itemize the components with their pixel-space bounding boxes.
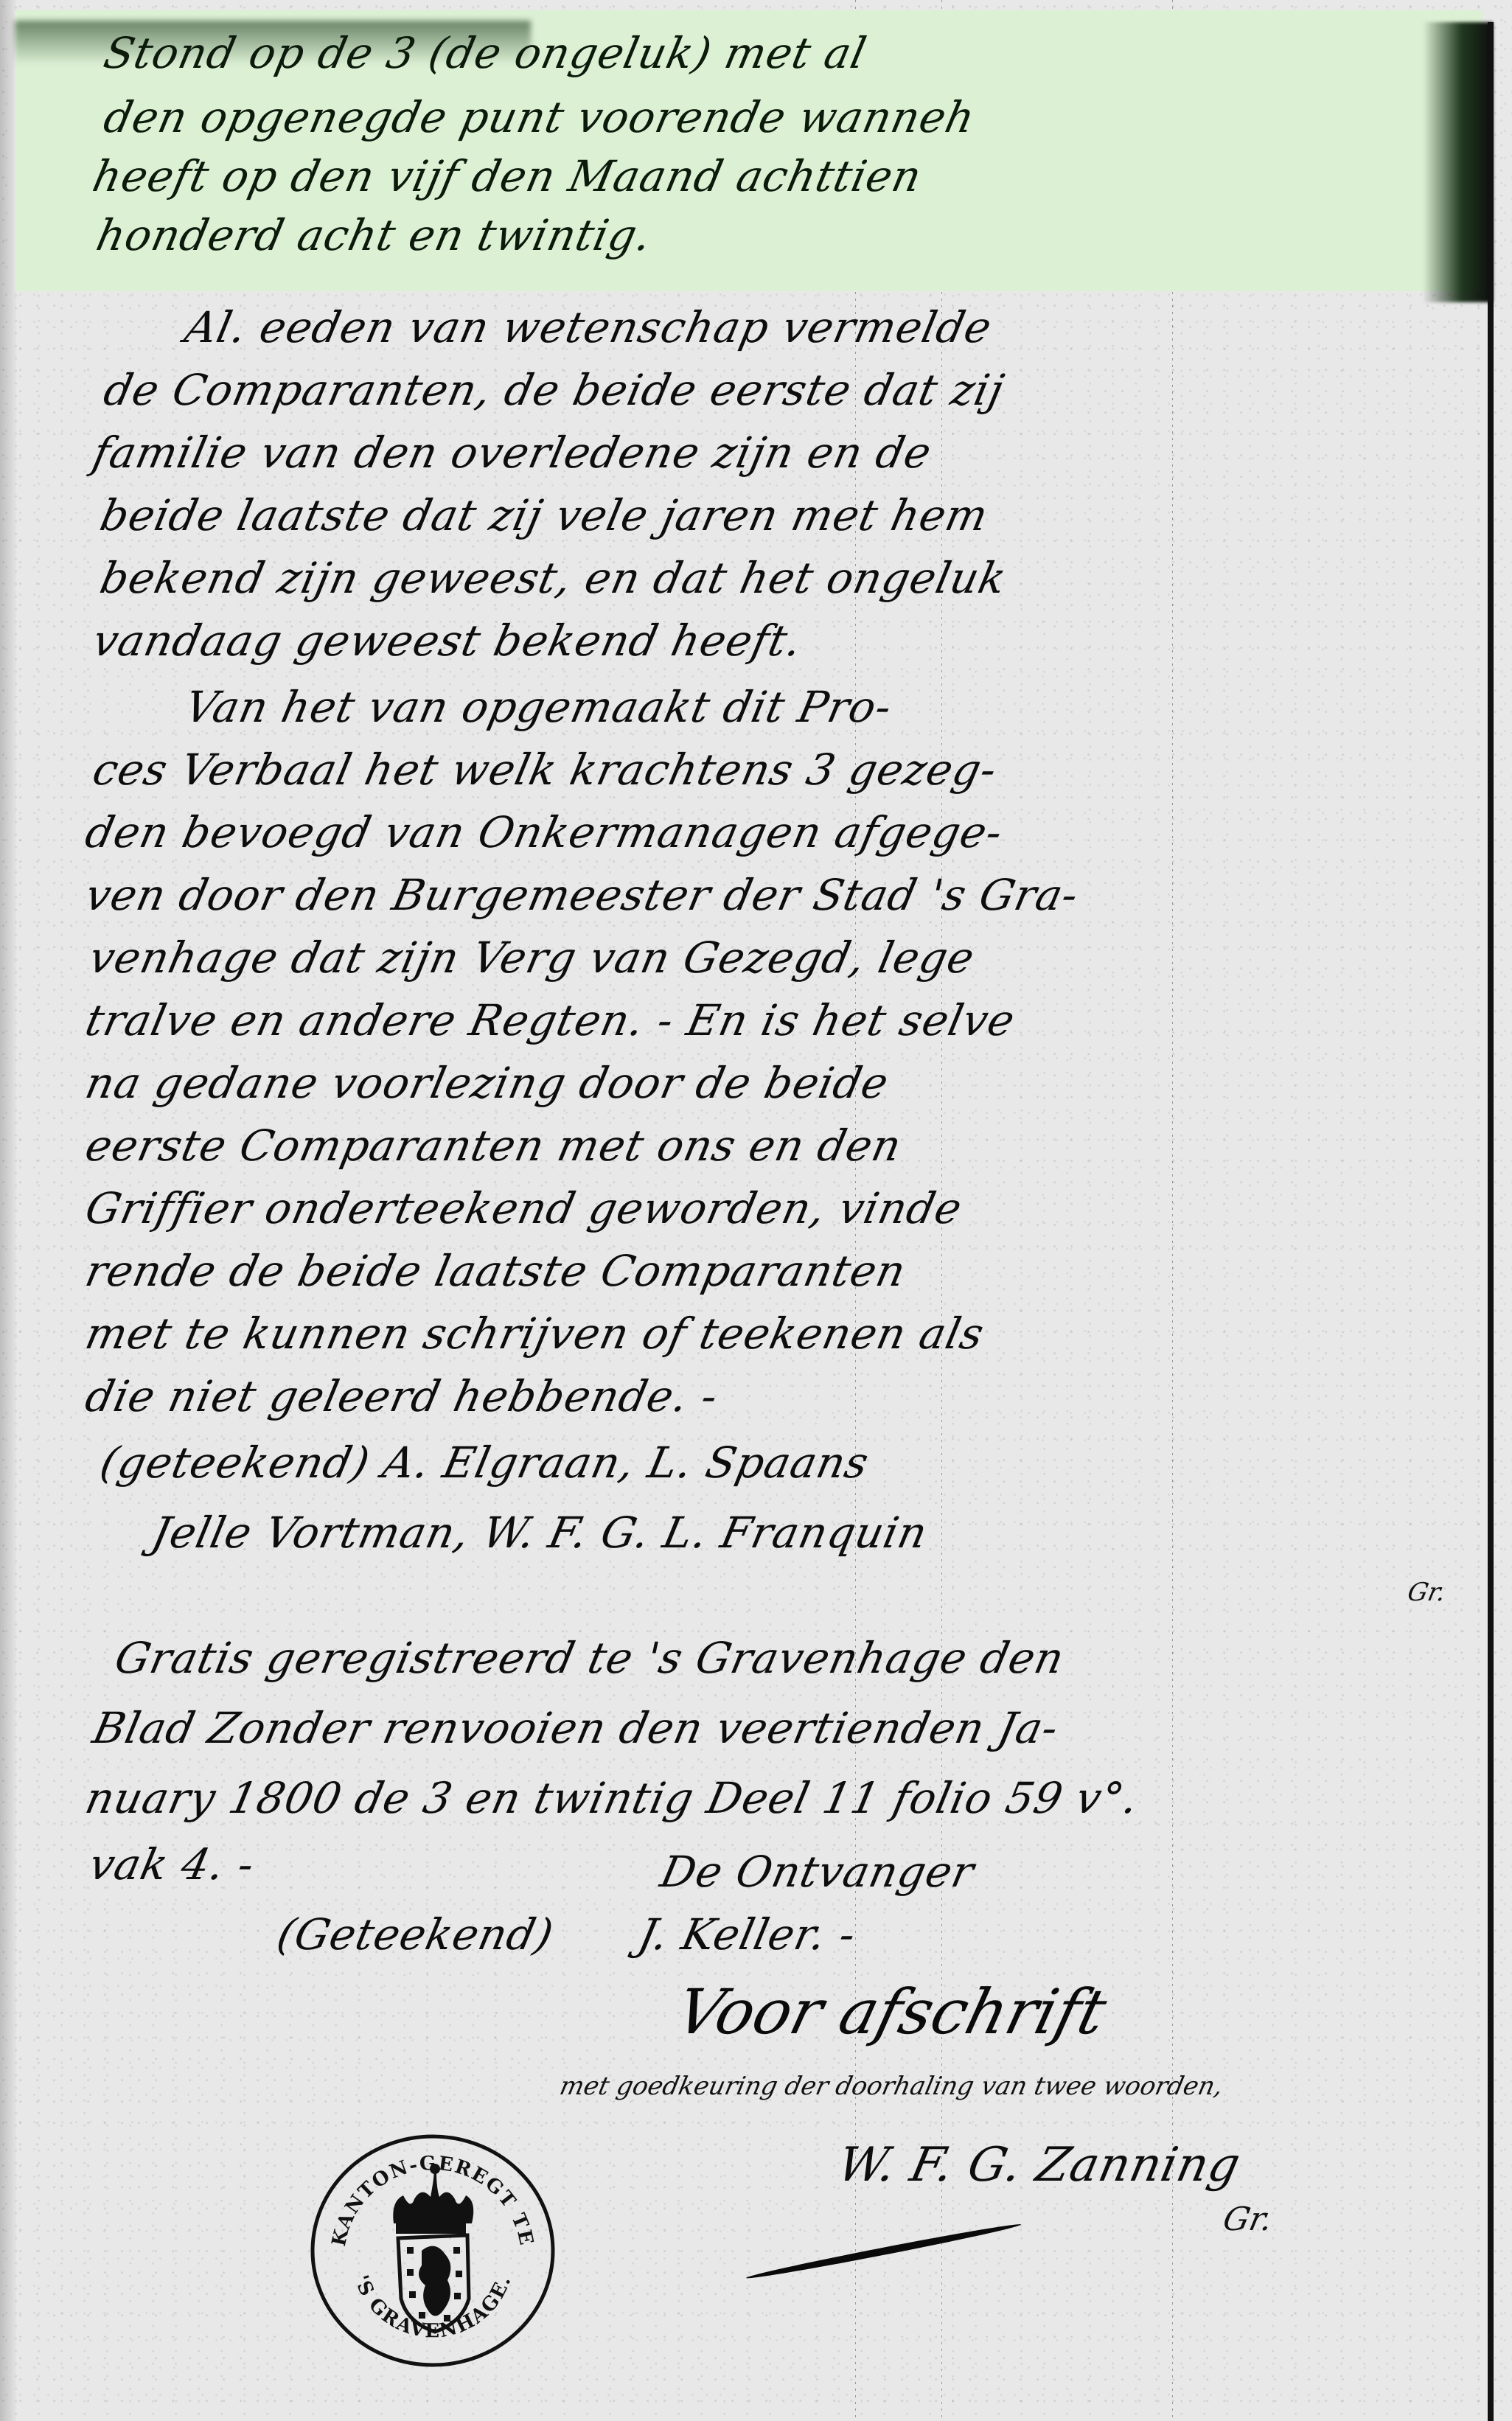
highlight-line-2: den opgenegde punt voorende wanneh bbox=[100, 92, 980, 142]
court-stamp: KANTON-GEREGT TE 'S GRAVENHAGE. bbox=[304, 2129, 562, 2372]
clerk-suffix: Gr. bbox=[1220, 2201, 1276, 2238]
registration-line: Blad Zonder renvooien den veertienden Ja… bbox=[88, 1703, 1063, 1753]
body-line: eerste Comparanten met ons en den bbox=[81, 1121, 906, 1171]
body-line: vandaag geweest bekend heeft. bbox=[88, 616, 806, 666]
receiver-name: J. Keller. - bbox=[634, 1909, 860, 1960]
registration-line: nuary 1800 de 3 en twintig Deel 11 folio… bbox=[81, 1773, 1143, 1823]
page-edge-border bbox=[1488, 22, 1494, 2421]
body-line: na gedane voorlezing door de beide bbox=[81, 1058, 893, 1108]
registration-line: vak 4. - bbox=[85, 1839, 259, 1889]
body-line: ces Verbaal het welk krachtens 3 gezeg- bbox=[88, 745, 1002, 795]
clerk-signature: W. F. G. Zanning bbox=[833, 2138, 1245, 2192]
body-line: die niet geleerd hebbende. - bbox=[81, 1371, 722, 1421]
signatures-suffix: Gr. bbox=[1405, 1578, 1449, 1607]
body-line: venhage dat zijn Verg van Gezegd, lege bbox=[85, 933, 979, 983]
lion-icon bbox=[407, 2246, 462, 2321]
body-line: Van het van opgemaakt dit Pro- bbox=[181, 682, 896, 732]
receiver-label: De Ontvanger bbox=[656, 1847, 979, 1897]
body-line: ven door den Burgemeester der Stad 's Gr… bbox=[81, 870, 1083, 920]
signatures-line-2: Jelle Vortman, W. F. G. L. Franquin bbox=[147, 1508, 932, 1558]
stamp-seal-icon: KANTON-GEREGT TE 'S GRAVENHAGE. bbox=[304, 2129, 562, 2372]
signatures-line-1: (geteekend) A. Elgraan, L. Spaans bbox=[96, 1438, 874, 1488]
registration-line: Gratis geregistreerd te 's Gravenhage de… bbox=[111, 1633, 1069, 1683]
signature-flourish bbox=[745, 2221, 1022, 2282]
body-line: de Comparanten, de beide eerste dat zij bbox=[100, 365, 1008, 415]
body-line: familie van den overledene zijn en de bbox=[88, 428, 936, 478]
fold-line bbox=[1172, 0, 1173, 2421]
certification-title: Voor afschrift bbox=[669, 1976, 1114, 2048]
highlight-line-4: honderd acht en twintig. bbox=[92, 210, 656, 260]
body-line: met te kunnen schrijven of teekenen als bbox=[81, 1309, 989, 1359]
left-edge-shadow bbox=[0, 0, 16, 2421]
highlight-line-1: Stond op de 3 (de ongeluk) met al bbox=[100, 28, 871, 78]
receiver-prefix: (Geteekend) bbox=[273, 1909, 558, 1960]
body-line: rende de beide laatste Comparanten bbox=[81, 1246, 910, 1296]
body-line: Griffier onderteekend geworden, vinde bbox=[81, 1183, 966, 1233]
body-line: tralve en andere Regten. - En is het sel… bbox=[81, 995, 1020, 1045]
ink-smear bbox=[1423, 22, 1493, 302]
body-line: den bevoegd van Onkermanagen afgege- bbox=[81, 807, 1007, 857]
certification-note: met goedkeuring der doorhaling van twee … bbox=[557, 2072, 1226, 2101]
body-line: Al. eeden van wetenschap vermelde bbox=[181, 302, 997, 352]
body-line: beide laatste dat zij vele jaren met hem bbox=[96, 490, 993, 540]
highlight-line-3: heeft op den vijf den Maand achttien bbox=[88, 151, 927, 201]
body-line: bekend zijn geweest, en dat het ongeluk bbox=[96, 553, 1011, 603]
